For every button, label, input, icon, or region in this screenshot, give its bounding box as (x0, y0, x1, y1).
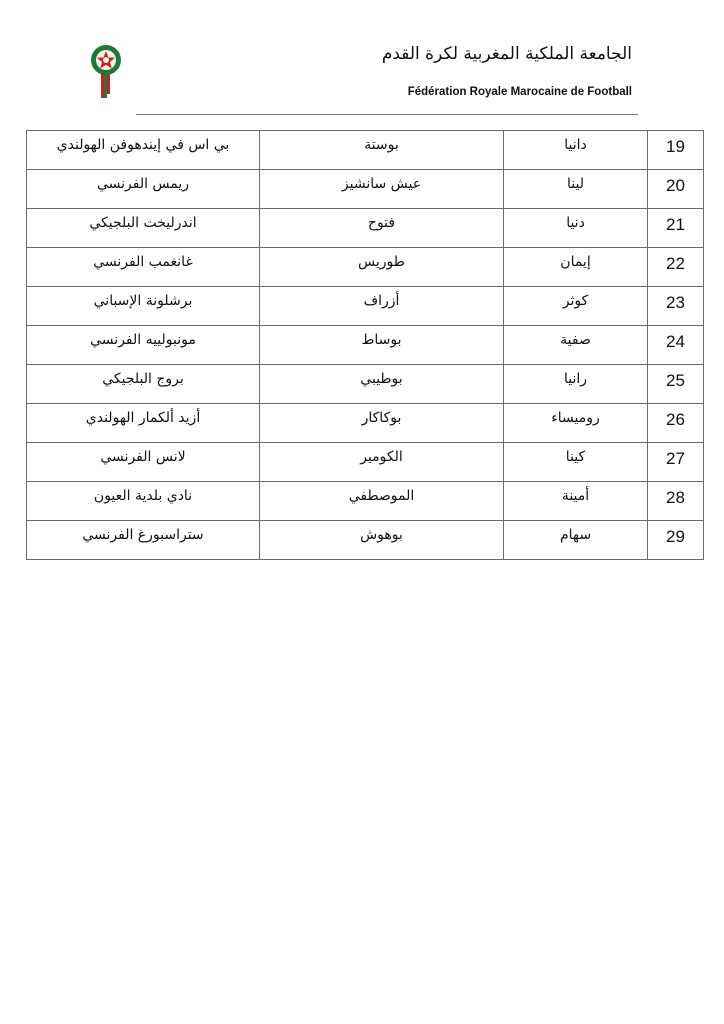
header-divider (136, 114, 638, 115)
first-name-cell: روميساء (504, 404, 648, 443)
last-name-cell: أزراف (260, 287, 504, 326)
first-name-cell: دنيا (504, 209, 648, 248)
first-name-cell: سهام (504, 521, 648, 560)
club-cell: بروج البلجيكي (27, 365, 260, 404)
last-name-cell: الموصطفي (260, 482, 504, 521)
club-cell: اندرليخت البلجيكي (27, 209, 260, 248)
table-row: ريمس الفرنسيعيش سانشيزلينا20 (27, 170, 704, 209)
table-row: غانغمب الفرنسيطوريسإيمان22 (27, 248, 704, 287)
table-row: مونبولييه الفرنسيبوساطصفية24 (27, 326, 704, 365)
player-number-cell: 28 (648, 482, 704, 521)
player-number-cell: 25 (648, 365, 704, 404)
player-number-cell: 26 (648, 404, 704, 443)
table-row: اندرليخت البلجيكيفتوحدنيا21 (27, 209, 704, 248)
club-cell: برشلونة الإسباني (27, 287, 260, 326)
club-cell: لانس الفرنسي (27, 443, 260, 482)
player-number-cell: 29 (648, 521, 704, 560)
last-name-cell: طوريس (260, 248, 504, 287)
club-cell: ريمس الفرنسي (27, 170, 260, 209)
last-name-cell: عيش سانشيز (260, 170, 504, 209)
club-cell: مونبولييه الفرنسي (27, 326, 260, 365)
federation-title-french: Fédération Royale Marocaine de Football (408, 86, 632, 98)
first-name-cell: أمينة (504, 482, 648, 521)
table-row: أزيد ألكمار الهولنديبوكاكارروميساء26 (27, 404, 704, 443)
player-number-cell: 23 (648, 287, 704, 326)
player-roster-table: بي اس في إيندهوفن الهولنديبوستةدانيا19ري… (26, 130, 704, 560)
first-name-cell: لينا (504, 170, 648, 209)
table-row: لانس الفرنسيالكوميركينا27 (27, 443, 704, 482)
player-number-cell: 22 (648, 248, 704, 287)
club-cell: غانغمب الفرنسي (27, 248, 260, 287)
last-name-cell: بوطيبي (260, 365, 504, 404)
last-name-cell: بوساط (260, 326, 504, 365)
first-name-cell: كينا (504, 443, 648, 482)
first-name-cell: رانيا (504, 365, 648, 404)
player-number-cell: 24 (648, 326, 704, 365)
first-name-cell: دانيا (504, 131, 648, 170)
player-number-cell: 20 (648, 170, 704, 209)
first-name-cell: إيمان (504, 248, 648, 287)
club-cell: نادي بلدية العيون (27, 482, 260, 521)
club-cell: ستراسبورغ الفرنسي (27, 521, 260, 560)
player-number-cell: 21 (648, 209, 704, 248)
first-name-cell: صفية (504, 326, 648, 365)
player-number-cell: 27 (648, 443, 704, 482)
last-name-cell: بوهوش (260, 521, 504, 560)
player-number-cell: 19 (648, 131, 704, 170)
last-name-cell: فتوح (260, 209, 504, 248)
last-name-cell: الكومير (260, 443, 504, 482)
last-name-cell: بوستة (260, 131, 504, 170)
table-row: نادي بلدية العيونالموصطفيأمينة28 (27, 482, 704, 521)
table-row: برشلونة الإسبانيأزرافكوثر23 (27, 287, 704, 326)
table-row: ستراسبورغ الفرنسيبوهوشسهام29 (27, 521, 704, 560)
club-cell: بي اس في إيندهوفن الهولندي (27, 131, 260, 170)
club-cell: أزيد ألكمار الهولندي (27, 404, 260, 443)
first-name-cell: كوثر (504, 287, 648, 326)
table-row: بروج البلجيكيبوطيبيرانيا25 (27, 365, 704, 404)
frmf-crest-logo-icon (88, 42, 124, 102)
federation-title-arabic: الجامعة الملكية المغربية لكرة القدم (382, 44, 632, 64)
table-row: بي اس في إيندهوفن الهولنديبوستةدانيا19 (27, 131, 704, 170)
last-name-cell: بوكاكار (260, 404, 504, 443)
